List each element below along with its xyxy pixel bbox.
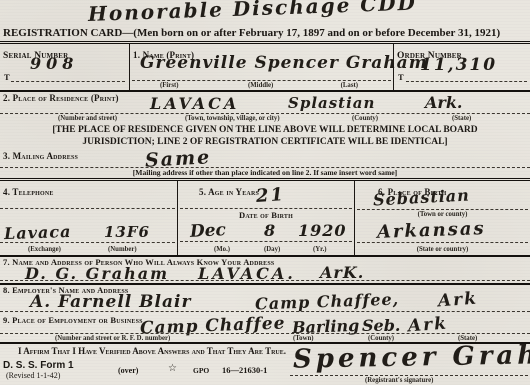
residence-sublabel-state: (State) (452, 115, 471, 122)
employer-underline (0, 311, 530, 312)
order-prefix: T (398, 72, 404, 82)
serial-prefix: T (4, 72, 10, 82)
name-value: Greenville Spencer Graham (140, 53, 428, 73)
age-dob-cell: 5. Age in Years 21 Date of Birth Dec 8 1… (178, 181, 355, 255)
contact-row: 7. Name and Address of Person Who Will A… (0, 257, 530, 285)
telephone-sublabel-exchange: (Exchange) (28, 246, 61, 253)
birthplace-state-sublabel: (State or country) (355, 246, 530, 253)
serial-number-value: 908 (30, 54, 78, 73)
form-revision: (Revised 1-1-42) (6, 371, 60, 380)
dob-sublabel-yr: (Yr.) (313, 246, 327, 253)
employment-label: 9. Place of Employment or Business (3, 315, 143, 325)
serial-underline (11, 81, 125, 82)
gpo-mark: GPO (193, 366, 209, 375)
mailing-address-row: 3. Mailing Address Same [Mailing address… (0, 150, 530, 181)
name-sublabel-last: (Last) (341, 82, 358, 89)
telephone-blank-line (0, 208, 175, 209)
signature-sublabel: (Registrant's signature) (365, 377, 433, 384)
handwritten-discharge-note: Honorable Dischage CDD (88, 0, 418, 26)
residence-city-value: LAVACA (150, 94, 239, 113)
employer-name-value: A. Farnell Blair (30, 292, 191, 312)
residence-label: 2. Place of Residence (Print) (3, 93, 119, 103)
jurisdiction-note: [THE PLACE OF RESIDENCE GIVEN ON THE LIN… (0, 123, 530, 150)
card-title: REGISTRATION CARD—(Men born on or after … (0, 26, 530, 44)
employer-state-value: Ark (437, 289, 478, 312)
dob-sublabel-day: (Day) (264, 246, 280, 253)
age-label: 5. Age in Years (181, 187, 259, 197)
employment-sublabel-town: (Town) (293, 335, 314, 342)
employer-row: 8. Employer's Name and Address A. Farnel… (0, 285, 530, 315)
telephone-number-value: 13F6 (104, 223, 150, 241)
employer-place-value: Camp Chaffee, (255, 289, 400, 313)
birthplace-town-value: Sebastian (373, 185, 471, 209)
order-number-value: 11,310 (420, 55, 497, 75)
top-annotation-area: Honorable Dischage CDD (0, 0, 530, 26)
telephone-age-birth-row: 4. Telephone Lavaca 13F6 (Exchange) (Num… (0, 181, 530, 257)
signature-underline (290, 375, 528, 376)
contact-underline (0, 280, 530, 281)
telephone-label: 4. Telephone (3, 187, 54, 197)
residence-state-value: Ark. (425, 93, 463, 112)
employment-underline (0, 333, 530, 334)
name-sublabel-middle: (Middle) (248, 82, 273, 89)
age-value: 21 (255, 184, 285, 207)
residence-sublabel-county: (County) (352, 115, 378, 122)
employment-sublabel-county: (County) (368, 335, 394, 342)
print-code: 16—21630-1 (222, 365, 267, 375)
form-number: D. S. S. Form 1 (3, 360, 74, 371)
draft-registration-card: Honorable Dischage CDD REGISTRATION CARD… (0, 0, 530, 385)
residence-county-value: Splastian (288, 94, 375, 112)
mailing-note: [Mailing address if other than place ind… (0, 168, 530, 177)
birthplace-cell: 6. Place of Birth Sebastian (Town or cou… (355, 181, 530, 255)
serial-name-order-row: Serial Number T 908 1. Name (Print) Gree… (0, 44, 530, 92)
name-sublabel-first: (First) (160, 82, 179, 89)
name-cell: 1. Name (Print) Greenville Spencer Graha… (130, 44, 394, 90)
birthplace-state-underline (357, 242, 528, 243)
dob-month-value: Dec (190, 220, 227, 242)
employment-sublabel-street: (Number and street or R. F. D. number) (55, 335, 170, 342)
dob-sublabel-mo: (Mo.) (214, 246, 230, 253)
birthplace-state-value: Arkansas (377, 218, 486, 243)
telephone-exchange-value: Lavaca (4, 222, 72, 243)
name-underline (132, 80, 391, 81)
jurisdiction-note-line1: [THE PLACE OF RESIDENCE GIVEN ON THE LIN… (0, 124, 530, 136)
birthplace-town-underline (357, 209, 528, 210)
jurisdiction-note-line2: JURISDICTION; LINE 2 OF REGISTRATION CER… (0, 136, 530, 148)
age-underline (180, 208, 352, 209)
employment-row: 9. Place of Employment or Business Camp … (0, 315, 530, 344)
telephone-cell: 4. Telephone Lavaca 13F6 (Exchange) (Num… (0, 181, 178, 255)
star-icon: ☆ (168, 363, 177, 374)
serial-number-cell: Serial Number T 908 (0, 44, 130, 90)
birthplace-town-sublabel: (Town or county) (355, 211, 530, 218)
residence-underline (0, 113, 530, 114)
dob-day-value: 8 (264, 221, 275, 240)
order-underline (406, 81, 527, 82)
over-note: (over) (118, 366, 138, 375)
telephone-underline (0, 242, 175, 243)
dob-year-value: 1920 (298, 221, 347, 240)
residence-sublabel-street: (Number and street) (58, 115, 117, 122)
telephone-sublabel-number: (Number) (108, 246, 137, 253)
registrant-signature: Spencer Graham (293, 339, 530, 374)
order-number-cell: Order Number T 11,310 (394, 44, 530, 90)
residence-row: 2. Place of Residence (Print) LAVACA Spl… (0, 92, 530, 123)
dob-underline (180, 241, 352, 242)
residence-sublabel-town: (Town, township, village, or city) (185, 115, 280, 122)
dob-label: Date of Birth (178, 210, 354, 220)
mailing-label: 3. Mailing Address (3, 151, 78, 161)
